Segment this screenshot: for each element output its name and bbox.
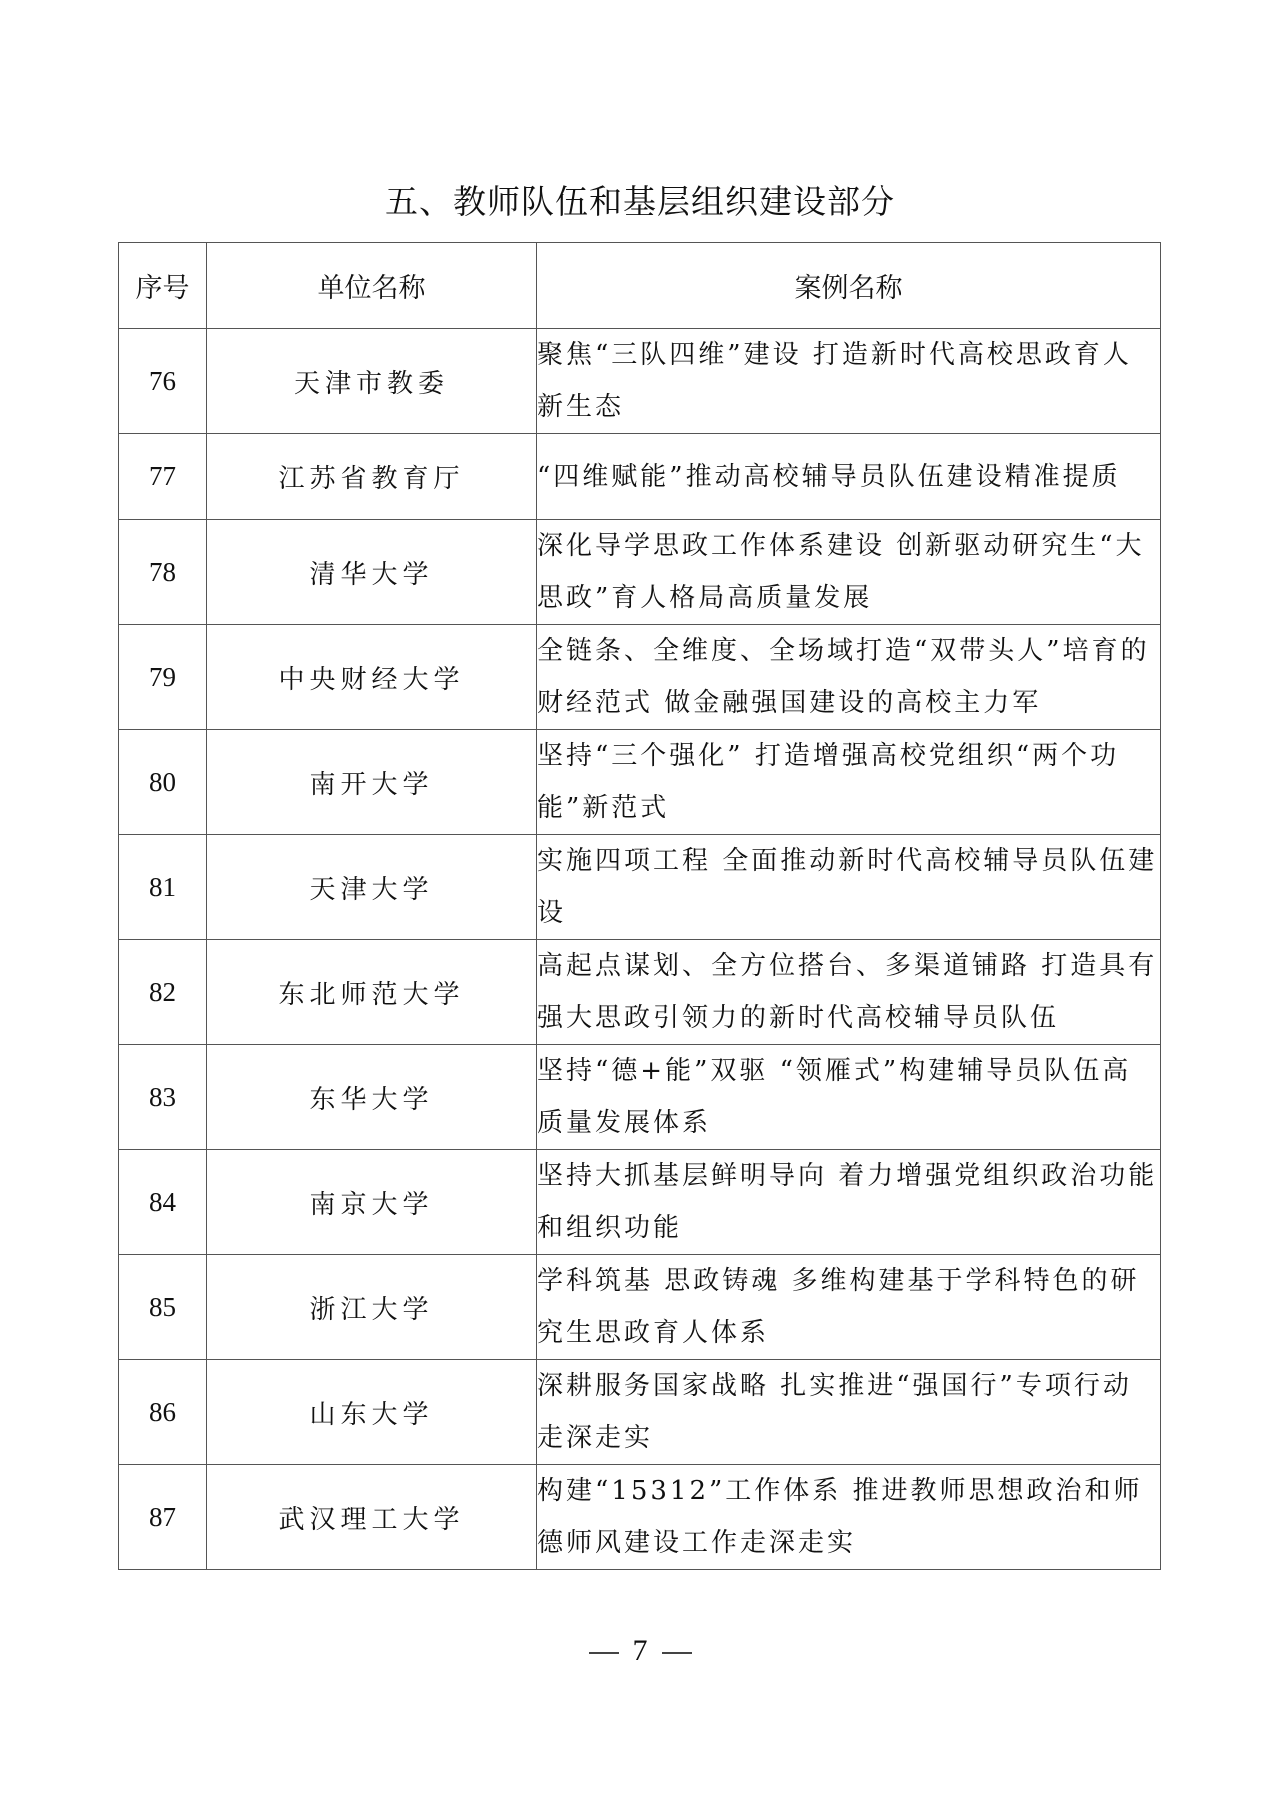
table-row: 83 东华大学 坚持“德+能”双驱 “领雁式”构建辅导员队伍高质量发展体系 [119,1045,1161,1150]
table-row: 85 浙江大学 学科筑基 思政铸魂 多维构建基于学科特色的研究生思政育人体系 [119,1255,1161,1360]
case-name: 聚焦“三队四维”建设 打造新时代高校思政育人新生态 [537,329,1161,434]
table-row: 84 南京大学 坚持大抓基层鲜明导向 着力增强党组织政治功能和组织功能 [119,1150,1161,1255]
table-row: 87 武汉理工大学 构建“15312”工作体系 推进教师思想政治和师德师风建设工… [119,1465,1161,1570]
table-header-row: 序号 单位名称 案例名称 [119,243,1161,329]
serial-number: 85 [119,1255,207,1360]
case-name: 深化导学思政工作体系建设 创新驱动研究生“大思政”育人格局高质量发展 [537,520,1161,625]
table-row: 82 东北师范大学 高起点谋划、全方位搭台、多渠道铺路 打造具有强大思政引领力的… [119,940,1161,1045]
serial-number: 87 [119,1465,207,1570]
serial-number: 77 [119,434,207,520]
serial-number: 79 [119,625,207,730]
case-name: 高起点谋划、全方位搭台、多渠道铺路 打造具有强大思政引领力的新时代高校辅导员队伍 [537,940,1161,1045]
case-table: 序号 单位名称 案例名称 76 天津市教委 聚焦“三队四维”建设 打造新时代高校… [118,242,1161,1570]
unit-name: 南京大学 [207,1150,537,1255]
table-row: 80 南开大学 坚持“三个强化” 打造增强高校党组织“两个功能”新范式 [119,730,1161,835]
case-name: “四维赋能”推动高校辅导员队伍建设精准提质 [537,434,1161,520]
case-name: 实施四项工程 全面推动新时代高校辅导员队伍建设 [537,835,1161,940]
page-number-value: 7 [633,1634,648,1667]
case-name: 构建“15312”工作体系 推进教师思想政治和师德师风建设工作走深走实 [537,1465,1161,1570]
serial-number: 80 [119,730,207,835]
dash-left-icon [589,1652,619,1654]
table-row: 76 天津市教委 聚焦“三队四维”建设 打造新时代高校思政育人新生态 [119,329,1161,434]
page-title: 五、教师队伍和基层组织建设部分 [0,176,1280,223]
serial-number: 76 [119,329,207,434]
case-name: 坚持大抓基层鲜明导向 着力增强党组织政治功能和组织功能 [537,1150,1161,1255]
serial-number: 83 [119,1045,207,1150]
header-unit-name: 单位名称 [207,243,537,329]
table-row: 86 山东大学 深耕服务国家战略 扎实推进“强国行”专项行动走深走实 [119,1360,1161,1465]
unit-name: 天津大学 [207,835,537,940]
serial-number: 78 [119,520,207,625]
table-row: 79 中央财经大学 全链条、全维度、全场域打造“双带头人”培育的财经范式 做金融… [119,625,1161,730]
unit-name: 浙江大学 [207,1255,537,1360]
serial-number: 84 [119,1150,207,1255]
unit-name: 武汉理工大学 [207,1465,537,1570]
unit-name: 山东大学 [207,1360,537,1465]
unit-name: 东北师范大学 [207,940,537,1045]
serial-number: 86 [119,1360,207,1465]
table-row: 78 清华大学 深化导学思政工作体系建设 创新驱动研究生“大思政”育人格局高质量… [119,520,1161,625]
unit-name: 江苏省教育厅 [207,434,537,520]
page-number: 7 [0,1634,1280,1668]
serial-number: 82 [119,940,207,1045]
serial-number: 81 [119,835,207,940]
dash-right-icon [662,1652,692,1654]
case-name: 坚持“德+能”双驱 “领雁式”构建辅导员队伍高质量发展体系 [537,1045,1161,1150]
case-name: 学科筑基 思政铸魂 多维构建基于学科特色的研究生思政育人体系 [537,1255,1161,1360]
case-name: 深耕服务国家战略 扎实推进“强国行”专项行动走深走实 [537,1360,1161,1465]
case-name: 全链条、全维度、全场域打造“双带头人”培育的财经范式 做金融强国建设的高校主力军 [537,625,1161,730]
header-serial-number: 序号 [119,243,207,329]
unit-name: 清华大学 [207,520,537,625]
table-row: 81 天津大学 实施四项工程 全面推动新时代高校辅导员队伍建设 [119,835,1161,940]
header-case-name: 案例名称 [537,243,1161,329]
unit-name: 南开大学 [207,730,537,835]
unit-name: 东华大学 [207,1045,537,1150]
table-row: 77 江苏省教育厅 “四维赋能”推动高校辅导员队伍建设精准提质 [119,434,1161,520]
unit-name: 中央财经大学 [207,625,537,730]
case-name: 坚持“三个强化” 打造增强高校党组织“两个功能”新范式 [537,730,1161,835]
unit-name: 天津市教委 [207,329,537,434]
